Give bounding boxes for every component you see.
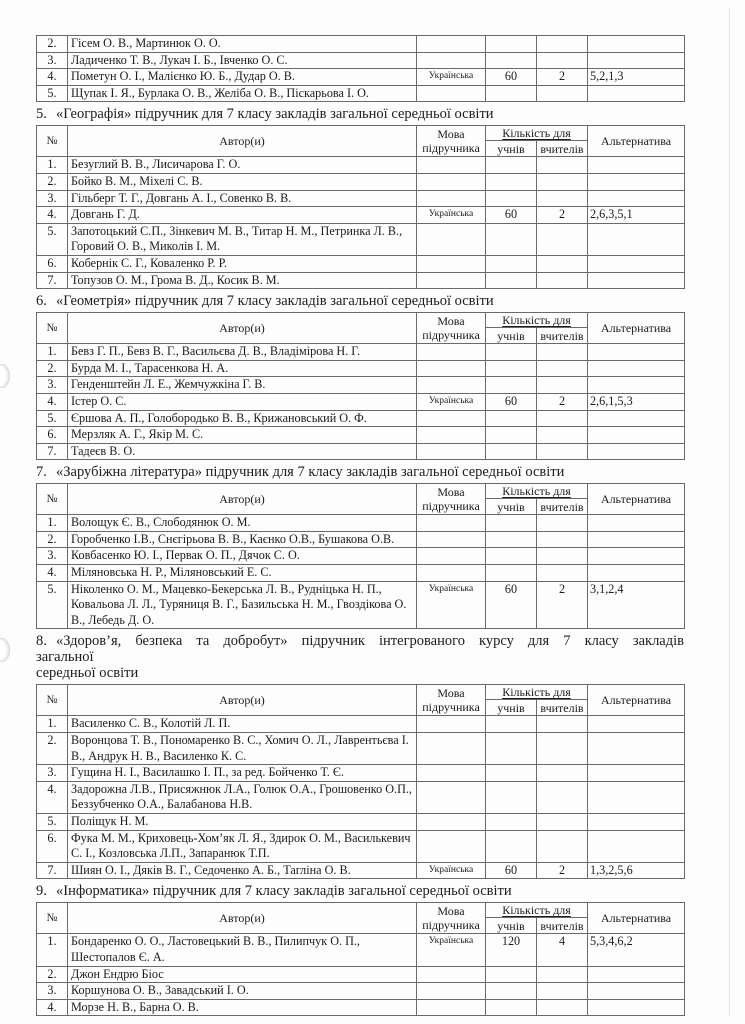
language-cell — [417, 85, 486, 102]
header-students: учнів — [486, 700, 537, 716]
header-language: Мовапідручника — [417, 685, 486, 716]
students-count-cell — [486, 360, 537, 377]
section-title: 9.«Інформатика» підручник для 7 класу за… — [36, 883, 684, 899]
teachers-count-cell: 2 — [537, 862, 588, 879]
row-number: 3. — [37, 983, 68, 1000]
alternative-cell — [588, 966, 685, 983]
section-title-text: «Географія» підручник для 7 класу заклад… — [56, 106, 494, 122]
language-cell — [417, 531, 486, 548]
header-quantity: Кількість для — [486, 484, 588, 499]
teachers-count-cell: 4 — [537, 934, 588, 966]
students-count-cell — [486, 52, 537, 69]
students-count-cell — [486, 733, 537, 765]
author-cell: Довгань Г. Д. — [68, 207, 417, 224]
alternative-cell — [588, 814, 685, 831]
row-number: 4. — [37, 999, 68, 1016]
header-students: учнів — [486, 499, 537, 515]
header-alternative: Альтернатива — [588, 903, 685, 934]
alternative-cell — [588, 344, 685, 361]
header-author: Автор(и) — [68, 126, 417, 157]
teachers-count-cell — [537, 410, 588, 427]
row-number: 4. — [37, 393, 68, 410]
textbook-table: № Автор(и) Мовапідручника Кількість для … — [36, 125, 685, 289]
students-count-cell — [486, 85, 537, 102]
teachers-count-cell — [537, 223, 588, 255]
language-cell — [417, 565, 486, 582]
header-quantity: Кількість для — [486, 126, 588, 141]
section-title-text: «Здоров’я, безпека та добробут» підручни… — [36, 633, 684, 665]
table-row: 3.Коршунова О. В., Завадський І. О. — [37, 983, 685, 1000]
language-cell — [417, 830, 486, 862]
header-teachers: вчителів — [537, 141, 588, 157]
header-author: Автор(и) — [68, 484, 417, 515]
section-title: 8.«Здоров’я, безпека та добробут» підруч… — [36, 633, 684, 665]
row-number: 1. — [37, 157, 68, 174]
alternative-cell — [588, 716, 685, 733]
alternative-cell — [588, 983, 685, 1000]
row-number: 1. — [37, 515, 68, 532]
author-cell: Бурда М. І., Тарасенкова Н. А. — [68, 360, 417, 377]
students-count-cell — [486, 781, 537, 813]
students-count-cell — [486, 173, 537, 190]
teachers-count-cell — [537, 765, 588, 782]
table-row: 3.Ладиченко Т. В., Лукач І. Б., Івченко … — [37, 52, 685, 69]
language-cell — [417, 255, 486, 272]
author-cell: Задорожна Л.В., Присяжнюк Л.А., Голюк О.… — [68, 781, 417, 813]
table-row: 7.Топузов О. М., Грома В. Д., Косик В. М… — [37, 272, 685, 289]
alternative-cell — [588, 157, 685, 174]
language-cell — [417, 223, 486, 255]
alternative-cell — [588, 999, 685, 1016]
header-quantity: Кількість для — [486, 903, 588, 918]
teachers-count-cell — [537, 443, 588, 460]
language-cell — [417, 765, 486, 782]
section-title: 5.«Географія» підручник для 7 класу закл… — [36, 106, 684, 122]
language-cell — [417, 427, 486, 444]
row-number: 5. — [37, 814, 68, 831]
header-alternative: Альтернатива — [588, 484, 685, 515]
table-row: 4.Довгань Г. Д.Українська6022,6,3,5,1 — [37, 207, 685, 224]
table-row: 6.Фука М. М., Криховець-Хом’як Л. Я., Зд… — [37, 830, 685, 862]
header-no: № — [37, 903, 68, 934]
section-number: 5. — [36, 106, 56, 122]
author-cell: Гільберг Т. Г., Довгань А. І., Совенко В… — [68, 190, 417, 207]
header-alternative: Альтернатива — [588, 126, 685, 157]
language-cell — [417, 344, 486, 361]
author-cell: Морзе Н. В., Барна О. В. — [68, 999, 417, 1016]
students-count-cell: 60 — [486, 69, 537, 86]
alternative-cell — [588, 765, 685, 782]
teachers-count-cell — [537, 427, 588, 444]
students-count-cell — [486, 765, 537, 782]
alternative-cell — [588, 443, 685, 460]
author-cell: Бондаренко О. О., Ластовецький В. В., Пи… — [68, 934, 417, 966]
textbook-table: № Автор(и) Мовапідручника Кількість для … — [36, 902, 685, 1016]
alternative-cell — [588, 410, 685, 427]
author-cell: Василенко С. В., Колотій Л. П. — [68, 716, 417, 733]
textbook-table: № Автор(и) Мовапідручника Кількість для … — [36, 483, 685, 629]
table-row: 3.Генденштейн Л. Е., Жемчужкіна Г. В. — [37, 377, 685, 394]
teachers-count-cell: 2 — [537, 393, 588, 410]
teachers-count-cell — [537, 515, 588, 532]
row-number: 1. — [37, 934, 68, 966]
header-quantity: Кількість для — [486, 685, 588, 700]
alternative-cell: 2,6,3,5,1 — [588, 207, 685, 224]
students-count-cell — [486, 999, 537, 1016]
alternative-cell — [588, 173, 685, 190]
language-cell — [417, 377, 486, 394]
table-row: 5.Поліщук Н. М. — [37, 814, 685, 831]
students-count-cell: 60 — [486, 581, 537, 629]
table-row: 4.Істер О. С.Українська6022,6,1,5,3 — [37, 393, 685, 410]
alternative-cell — [588, 52, 685, 69]
students-count-cell — [486, 157, 537, 174]
language-cell — [417, 983, 486, 1000]
header-alternative: Альтернатива — [588, 685, 685, 716]
alternative-cell — [588, 830, 685, 862]
alternative-cell — [588, 223, 685, 255]
students-count-cell: 60 — [486, 207, 537, 224]
row-number: 6. — [37, 427, 68, 444]
teachers-count-cell — [537, 377, 588, 394]
teachers-count-cell: 2 — [537, 207, 588, 224]
header-no: № — [37, 313, 68, 344]
students-count-cell — [486, 565, 537, 582]
language-cell — [417, 548, 486, 565]
table-row: 4.Задорожна Л.В., Присяжнюк Л.А., Голюк … — [37, 781, 685, 813]
language-cell: Українська — [417, 207, 486, 224]
teachers-count-cell — [537, 716, 588, 733]
language-cell: Українська — [417, 393, 486, 410]
row-number: 2. — [37, 531, 68, 548]
header-teachers: вчителів — [537, 918, 588, 934]
author-cell: Гісем О. В., Мартинюк О. О. — [68, 36, 417, 53]
students-count-cell — [486, 190, 537, 207]
table-row: 2.Гісем О. В., Мартинюк О. О. — [37, 36, 685, 53]
language-cell — [417, 443, 486, 460]
header-teachers: вчителів — [537, 328, 588, 344]
table-row: 3.Гільберг Т. Г., Довгань А. І., Совенко… — [37, 190, 685, 207]
row-number: 3. — [37, 548, 68, 565]
author-cell: Мерзляк А. Г., Якір М. С. — [68, 427, 417, 444]
row-number: 2. — [37, 36, 68, 53]
hole-punch-mark — [0, 364, 10, 388]
teachers-count-cell — [537, 565, 588, 582]
language-cell — [417, 814, 486, 831]
students-count-cell: 60 — [486, 862, 537, 879]
teachers-count-cell — [537, 190, 588, 207]
header-language: Мовапідручника — [417, 484, 486, 515]
teachers-count-cell — [537, 255, 588, 272]
students-count-cell — [486, 223, 537, 255]
table-row: 5.Єршова А. П., Голобородько В. В., Криж… — [37, 410, 685, 427]
row-number: 6. — [37, 830, 68, 862]
students-count-cell — [486, 983, 537, 1000]
header-author: Автор(и) — [68, 685, 417, 716]
teachers-count-cell — [537, 173, 588, 190]
row-number: 5. — [37, 581, 68, 629]
teachers-count-cell — [537, 966, 588, 983]
author-cell: Запотоцький С.П., Зінкевич М. В., Титар … — [68, 223, 417, 255]
teachers-count-cell — [537, 548, 588, 565]
students-count-cell — [486, 531, 537, 548]
row-number: 2. — [37, 360, 68, 377]
header-students: учнів — [486, 328, 537, 344]
alternative-cell — [588, 36, 685, 53]
students-count-cell — [486, 548, 537, 565]
document-page: 2.Гісем О. В., Мартинюк О. О.3.Ладиченко… — [36, 35, 684, 1016]
author-cell: Пометун О. І., Малієнко Ю. Б., Дудар О. … — [68, 69, 417, 86]
author-cell: Тадеєв В. О. — [68, 443, 417, 460]
header-no: № — [37, 685, 68, 716]
header-no: № — [37, 126, 68, 157]
textbook-table: № Автор(и) Мовапідручника Кількість для … — [36, 684, 685, 879]
header-alternative: Альтернатива — [588, 313, 685, 344]
language-cell: Українська — [417, 862, 486, 879]
teachers-count-cell — [537, 272, 588, 289]
section-number: 9. — [36, 883, 56, 899]
alternative-cell — [588, 733, 685, 765]
table-row: 2.Горобченко І.В., Снєгірьова В. В., Кає… — [37, 531, 685, 548]
section-title-text: «Інформатика» підручник для 7 класу закл… — [56, 883, 512, 899]
alternative-cell: 1,3,2,5,6 — [588, 862, 685, 879]
teachers-count-cell — [537, 360, 588, 377]
table-row: 2.Джон Ендрю Біос — [37, 966, 685, 983]
alternative-cell — [588, 548, 685, 565]
students-count-cell — [486, 515, 537, 532]
language-cell: Українська — [417, 934, 486, 966]
table-row: 1.Безуглий В. В., Лисичарова Г. О. — [37, 157, 685, 174]
language-cell — [417, 190, 486, 207]
alternative-cell — [588, 255, 685, 272]
row-number: 3. — [37, 377, 68, 394]
table-row: 1.Бондаренко О. О., Ластовецький В. В., … — [37, 934, 685, 966]
row-number: 5. — [37, 410, 68, 427]
author-cell: Шиян О. І., Дяків В. Г., Седоченко А. Б.… — [68, 862, 417, 879]
teachers-count-cell — [537, 983, 588, 1000]
teachers-count-cell — [537, 344, 588, 361]
language-cell — [417, 36, 486, 53]
teachers-count-cell: 2 — [537, 69, 588, 86]
author-cell: Гущина Н. І., Василашко І. П., за ред. Б… — [68, 765, 417, 782]
teachers-count-cell — [537, 157, 588, 174]
table-row: 1.Волощук Є. В., Слободянюк О. М. — [37, 515, 685, 532]
teachers-count-cell — [537, 830, 588, 862]
row-number: 2. — [37, 733, 68, 765]
author-cell: Ладиченко Т. В., Лукач І. Б., Івченко О.… — [68, 52, 417, 69]
section-number: 6. — [36, 293, 56, 309]
textbook-section: 8.«Здоров’я, безпека та добробут» підруч… — [36, 633, 684, 879]
author-cell: Кобернік С. Г., Коваленко Р. Р. — [68, 255, 417, 272]
table-row: 3.Ковбасенко Ю. І., Первак О. П., Дячок … — [37, 548, 685, 565]
language-cell — [417, 733, 486, 765]
language-cell: Українська — [417, 581, 486, 629]
language-cell — [417, 781, 486, 813]
row-number: 7. — [37, 862, 68, 879]
students-count-cell — [486, 427, 537, 444]
teachers-count-cell — [537, 531, 588, 548]
header-language: Мовапідручника — [417, 313, 486, 344]
row-number: 5. — [37, 223, 68, 255]
table-row: 4.Морзе Н. В., Барна О. В. — [37, 999, 685, 1016]
textbook-section: 5.«Географія» підручник для 7 класу закл… — [36, 106, 684, 289]
header-quantity: Кількість для — [486, 313, 588, 328]
hole-punch-mark — [0, 638, 10, 662]
language-cell — [417, 272, 486, 289]
author-cell: Джон Ендрю Біос — [68, 966, 417, 983]
header-teachers: вчителів — [537, 499, 588, 515]
table-row: 7.Шиян О. І., Дяків В. Г., Седоченко А. … — [37, 862, 685, 879]
students-count-cell: 60 — [486, 393, 537, 410]
author-cell: Міляновська Н. Р., Міляновський Е. С. — [68, 565, 417, 582]
section-title-continuation: середньої освіти — [36, 665, 684, 681]
table-row: 2.Воронцова Т. В., Пономаренко В. С., Хо… — [37, 733, 685, 765]
alternative-cell: 5,3,4,6,2 — [588, 934, 685, 966]
author-cell: Щупак І. Я., Бурлака О. В., Желіба О. В.… — [68, 85, 417, 102]
continuation-table: 2.Гісем О. В., Мартинюк О. О.3.Ладиченко… — [36, 35, 685, 102]
teachers-count-cell: 2 — [537, 581, 588, 629]
language-cell — [417, 716, 486, 733]
alternative-cell — [588, 190, 685, 207]
table-row: 1.Василенко С. В., Колотій Л. П. — [37, 716, 685, 733]
alternative-cell: 5,2,1,3 — [588, 69, 685, 86]
section-title-text: «Зарубіжна література» підручник для 7 к… — [56, 464, 564, 480]
alternative-cell — [588, 565, 685, 582]
textbook-table: № Автор(и) Мовапідручника Кількість для … — [36, 312, 685, 460]
teachers-count-cell — [537, 85, 588, 102]
header-no: № — [37, 484, 68, 515]
row-number: 3. — [37, 765, 68, 782]
row-number: 3. — [37, 190, 68, 207]
textbook-section: 6.«Геометрія» підручник для 7 класу закл… — [36, 293, 684, 460]
teachers-count-cell — [537, 52, 588, 69]
teachers-count-cell — [537, 781, 588, 813]
author-cell: Ковбасенко Ю. І., Первак О. П., Дячок С.… — [68, 548, 417, 565]
table-row: 5.Запотоцький С.П., Зінкевич М. В., Тита… — [37, 223, 685, 255]
students-count-cell — [486, 966, 537, 983]
language-cell — [417, 966, 486, 983]
table-row: 5.Ніколенко О. М., Мацевко-Бекерська Л. … — [37, 581, 685, 629]
table-row: 6.Кобернік С. Г., Коваленко Р. Р. — [37, 255, 685, 272]
alternative-cell — [588, 85, 685, 102]
header-teachers: вчителів — [537, 700, 588, 716]
header-author: Автор(и) — [68, 903, 417, 934]
row-number: 3. — [37, 52, 68, 69]
author-cell: Істер О. С. — [68, 393, 417, 410]
alternative-cell — [588, 427, 685, 444]
header-students: учнів — [486, 141, 537, 157]
textbook-section: 7.«Зарубіжна література» підручник для 7… — [36, 464, 684, 629]
author-cell: Ніколенко О. М., Мацевко-Бекерська Л. В.… — [68, 581, 417, 629]
alternative-cell — [588, 781, 685, 813]
author-cell: Поліщук Н. М. — [68, 814, 417, 831]
alternative-cell — [588, 377, 685, 394]
language-cell — [417, 410, 486, 427]
teachers-count-cell — [537, 36, 588, 53]
table-row: 6.Мерзляк А. Г., Якір М. С. — [37, 427, 685, 444]
students-count-cell — [486, 443, 537, 460]
table-row: 3.Гущина Н. І., Василашко І. П., за ред.… — [37, 765, 685, 782]
students-count-cell — [486, 716, 537, 733]
table-row: 4.Пометун О. І., Малієнко Ю. Б., Дудар О… — [37, 69, 685, 86]
header-author: Автор(и) — [68, 313, 417, 344]
header-students: учнів — [486, 918, 537, 934]
language-cell — [417, 173, 486, 190]
row-number: 1. — [37, 716, 68, 733]
table-row: 7.Тадеєв В. О. — [37, 443, 685, 460]
teachers-count-cell — [537, 999, 588, 1016]
author-cell: Фука М. М., Криховець-Хом’як Л. Я., Здир… — [68, 830, 417, 862]
students-count-cell: 120 — [486, 934, 537, 966]
row-number: 2. — [37, 173, 68, 190]
header-language: Мовапідручника — [417, 126, 486, 157]
teachers-count-cell — [537, 814, 588, 831]
author-cell: Бойко В. М., Міхелі С. В. — [68, 173, 417, 190]
author-cell: Коршунова О. В., Завадський І. О. — [68, 983, 417, 1000]
row-number: 2. — [37, 966, 68, 983]
author-cell: Волощук Є. В., Слободянюк О. М. — [68, 515, 417, 532]
author-cell: Єршова А. П., Голобородько В. В., Крижан… — [68, 410, 417, 427]
textbook-section: 9.«Інформатика» підручник для 7 класу за… — [36, 883, 684, 1016]
students-count-cell — [486, 410, 537, 427]
section-number: 7. — [36, 464, 56, 480]
alternative-cell: 2,6,1,5,3 — [588, 393, 685, 410]
language-cell — [417, 999, 486, 1016]
table-row: 2.Бурда М. І., Тарасенкова Н. А. — [37, 360, 685, 377]
row-number: 4. — [37, 565, 68, 582]
row-number: 1. — [37, 344, 68, 361]
table-row: 4.Міляновська Н. Р., Міляновський Е. С. — [37, 565, 685, 582]
language-cell — [417, 52, 486, 69]
author-cell: Безуглий В. В., Лисичарова Г. О. — [68, 157, 417, 174]
section-number: 8. — [36, 633, 56, 649]
students-count-cell — [486, 377, 537, 394]
author-cell: Генденштейн Л. Е., Жемчужкіна Г. В. — [68, 377, 417, 394]
students-count-cell — [486, 814, 537, 831]
students-count-cell — [486, 255, 537, 272]
author-cell: Горобченко І.В., Снєгірьова В. В., Каєнк… — [68, 531, 417, 548]
alternative-cell — [588, 515, 685, 532]
language-cell: Українська — [417, 69, 486, 86]
scan-edge-line — [729, 8, 730, 1016]
author-cell: Топузов О. М., Грома В. Д., Косик В. М. — [68, 272, 417, 289]
language-cell — [417, 360, 486, 377]
author-cell: Бевз Г. П., Бевз В. Г., Васильєва Д. В.,… — [68, 344, 417, 361]
row-number: 5. — [37, 85, 68, 102]
header-language: Мовапідручника — [417, 903, 486, 934]
students-count-cell — [486, 272, 537, 289]
section-title: 6.«Геометрія» підручник для 7 класу закл… — [36, 293, 684, 309]
row-number: 4. — [37, 781, 68, 813]
row-number: 7. — [37, 443, 68, 460]
author-cell: Воронцова Т. В., Пономаренко В. С., Хоми… — [68, 733, 417, 765]
section-title-text: «Геометрія» підручник для 7 класу заклад… — [56, 293, 494, 309]
table-row: 5.Щупак І. Я., Бурлака О. В., Желіба О. … — [37, 85, 685, 102]
language-cell — [417, 515, 486, 532]
alternative-cell: 3,1,2,4 — [588, 581, 685, 629]
language-cell — [417, 157, 486, 174]
row-number: 4. — [37, 207, 68, 224]
students-count-cell — [486, 830, 537, 862]
students-count-cell — [486, 36, 537, 53]
row-number: 6. — [37, 255, 68, 272]
students-count-cell — [486, 344, 537, 361]
table-row: 1.Бевз Г. П., Бевз В. Г., Васильєва Д. В… — [37, 344, 685, 361]
table-row: 2.Бойко В. М., Міхелі С. В. — [37, 173, 685, 190]
teachers-count-cell — [537, 733, 588, 765]
alternative-cell — [588, 272, 685, 289]
row-number: 4. — [37, 69, 68, 86]
